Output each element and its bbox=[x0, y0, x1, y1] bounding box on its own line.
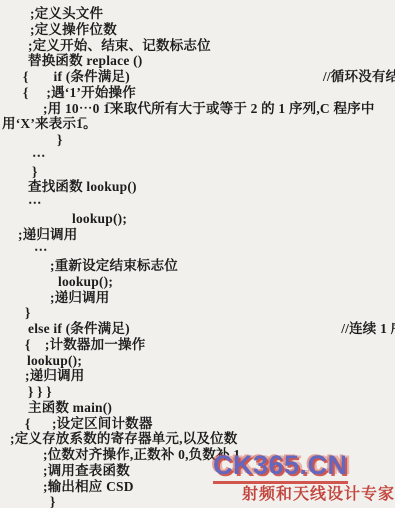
code-text: { ;计数器加一操作 bbox=[25, 337, 145, 352]
code-text: 查找函数 lookup() bbox=[28, 179, 137, 194]
code-line: } bbox=[0, 132, 395, 148]
code-line: else if (条件满足)//连续 1 序列 bbox=[0, 321, 395, 337]
code-line: lookup(); bbox=[0, 211, 395, 227]
code-text: 替换函数 replace () bbox=[28, 53, 142, 68]
code-text: { ;遇‘1’开始操作 bbox=[23, 85, 136, 100]
code-text: { if (条件满足) bbox=[23, 69, 130, 84]
code-text: ;定义头文件 bbox=[30, 6, 103, 21]
code-line: ⋯ bbox=[0, 242, 395, 258]
code-line: lookup(); bbox=[0, 353, 395, 369]
code-line: ⋯ bbox=[0, 195, 395, 211]
code-line: 替换函数 replace () bbox=[0, 53, 395, 69]
code-line: } } } bbox=[0, 384, 395, 400]
code-comment: //循环没有结束 bbox=[323, 69, 395, 85]
code-line: ⋯ bbox=[0, 148, 395, 164]
code-line: ;定义头文件 bbox=[0, 6, 395, 22]
code-line: ;递归调用 bbox=[0, 368, 395, 384]
code-text: ;定义开始、结束、记数标志位 bbox=[28, 38, 211, 53]
code-text: 用‘X’来表示1̅。 bbox=[2, 116, 97, 131]
code-line: 主函数 main() bbox=[0, 400, 395, 416]
code-text: } } } bbox=[28, 384, 52, 399]
code-text: } bbox=[32, 164, 38, 179]
code-line: ;用 10⋯0 1̅来取代所有大于或等于 2 的 1 序列,C 程序中 bbox=[0, 101, 395, 117]
code-text: ;位数对齐操作,正数补 0,负数补 1 bbox=[43, 447, 240, 462]
code-text: 主函数 main() bbox=[28, 400, 112, 415]
code-line: } bbox=[0, 494, 395, 508]
code-text: } bbox=[25, 305, 31, 320]
code-line: ;输出相应 CSD bbox=[0, 479, 395, 495]
code-text: ⋯ bbox=[32, 148, 46, 163]
code-line: { ;计数器加一操作 bbox=[0, 337, 395, 353]
code-text: ;递归调用 bbox=[50, 290, 110, 305]
code-line: } bbox=[0, 305, 395, 321]
code-text: lookup(); bbox=[58, 274, 113, 289]
pseudocode-block: ;定义头文件;定义操作位数;定义开始、结束、记数标志位替换函数 replace … bbox=[0, 0, 395, 508]
code-text: ;递归调用 bbox=[18, 227, 78, 242]
code-line: 用‘X’来表示1̅。 bbox=[0, 116, 395, 132]
code-text: ;调用查表函数 bbox=[43, 463, 130, 478]
code-text: ;输出相应 CSD bbox=[43, 479, 134, 494]
code-line: ;位数对齐操作,正数补 0,负数补 1 bbox=[0, 447, 395, 463]
code-line: ;定义操作位数 bbox=[0, 22, 395, 38]
code-text: ⋯ bbox=[28, 195, 42, 210]
code-text: ;用 10⋯0 1̅来取代所有大于或等于 2 的 1 序列,C 程序中 bbox=[43, 101, 375, 116]
code-text: } bbox=[50, 494, 56, 508]
code-line: 查找函数 lookup() bbox=[0, 179, 395, 195]
code-line: lookup(); bbox=[0, 274, 395, 290]
code-text: ⋯ bbox=[34, 242, 48, 257]
code-text: lookup(); bbox=[27, 353, 82, 368]
code-line: } bbox=[0, 164, 395, 180]
code-text: lookup(); bbox=[72, 211, 127, 226]
code-text: ;定义存放系数的寄存器单元,以及位数 bbox=[10, 431, 237, 446]
code-text: { ;设定区间计数器 bbox=[25, 416, 153, 431]
code-text: } bbox=[57, 132, 63, 147]
code-line: { if (条件满足)//循环没有结束 bbox=[0, 69, 395, 85]
code-line: ;调用查表函数 bbox=[0, 463, 395, 479]
code-text: ;重新设定结束标志位 bbox=[50, 258, 178, 273]
code-line: ;递归调用 bbox=[0, 227, 395, 243]
code-line: ;定义存放系数的寄存器单元,以及位数 bbox=[0, 431, 395, 447]
code-line: { ;遇‘1’开始操作 bbox=[0, 85, 395, 101]
code-line: ;重新设定结束标志位 bbox=[0, 258, 395, 274]
code-line: { ;设定区间计数器 bbox=[0, 416, 395, 432]
code-text: ;定义操作位数 bbox=[30, 22, 117, 37]
code-line: ;递归调用 bbox=[0, 290, 395, 306]
code-line: ;定义开始、结束、记数标志位 bbox=[0, 38, 395, 54]
code-comment: //连续 1 序列 bbox=[341, 321, 395, 337]
scanned-document-page: ;定义头文件;定义操作位数;定义开始、结束、记数标志位替换函数 replace … bbox=[0, 0, 395, 508]
code-text: ;递归调用 bbox=[25, 368, 85, 383]
code-text: else if (条件满足) bbox=[28, 321, 130, 336]
